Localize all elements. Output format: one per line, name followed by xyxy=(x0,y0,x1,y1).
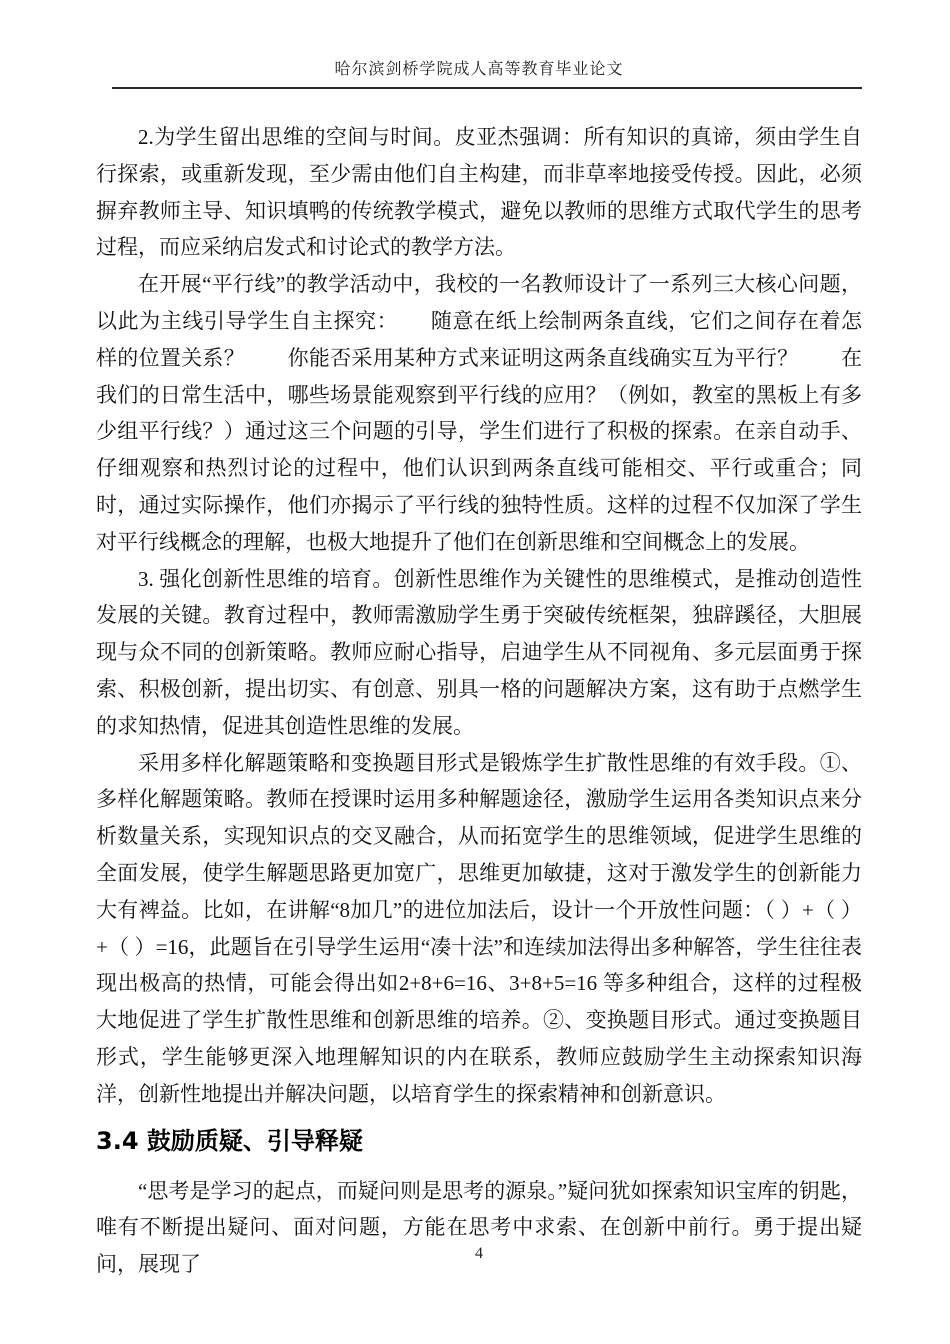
page-header: 哈尔滨剑桥学院成人高等教育毕业论文 xyxy=(96,0,862,89)
body-paragraph: 采用多样化解题策略和变换题目形式是锻炼学生扩散性思维的有效手段。①、多样化解题策… xyxy=(96,745,862,1113)
body-paragraph: 在开展“平行线”的教学活动中，我校的一名教师设计了一系列三大核心问题，以此为主线… xyxy=(96,266,862,560)
body-paragraph: “思考是学习的起点，而疑问则是思考的源泉。”疑问犹如探索知识宝库的钥匙，唯有不断… xyxy=(96,1173,862,1283)
page-number: 4 xyxy=(96,1244,862,1264)
header-title: 哈尔滨剑桥学院成人高等教育毕业论文 xyxy=(96,60,862,80)
body-paragraph: 2.为学生留出思维的空间与时间。皮亚杰强调：所有知识的真谛，须由学生自行探索，或… xyxy=(96,119,862,266)
thesis-page: 哈尔滨剑桥学院成人高等教育毕业论文 2.为学生留出思维的空间与时间。皮亚杰强调：… xyxy=(0,0,950,1344)
section-heading: 3.4 鼓励质疑、引导释疑 xyxy=(96,1121,862,1161)
document-body: 2.为学生留出思维的空间与时间。皮亚杰强调：所有知识的真谛，须由学生自行探索，或… xyxy=(96,89,862,1283)
body-paragraph: 3. 强化创新性思维的培育。创新性思维作为关键性的思维模式，是推动创造性发展的关… xyxy=(96,561,862,745)
